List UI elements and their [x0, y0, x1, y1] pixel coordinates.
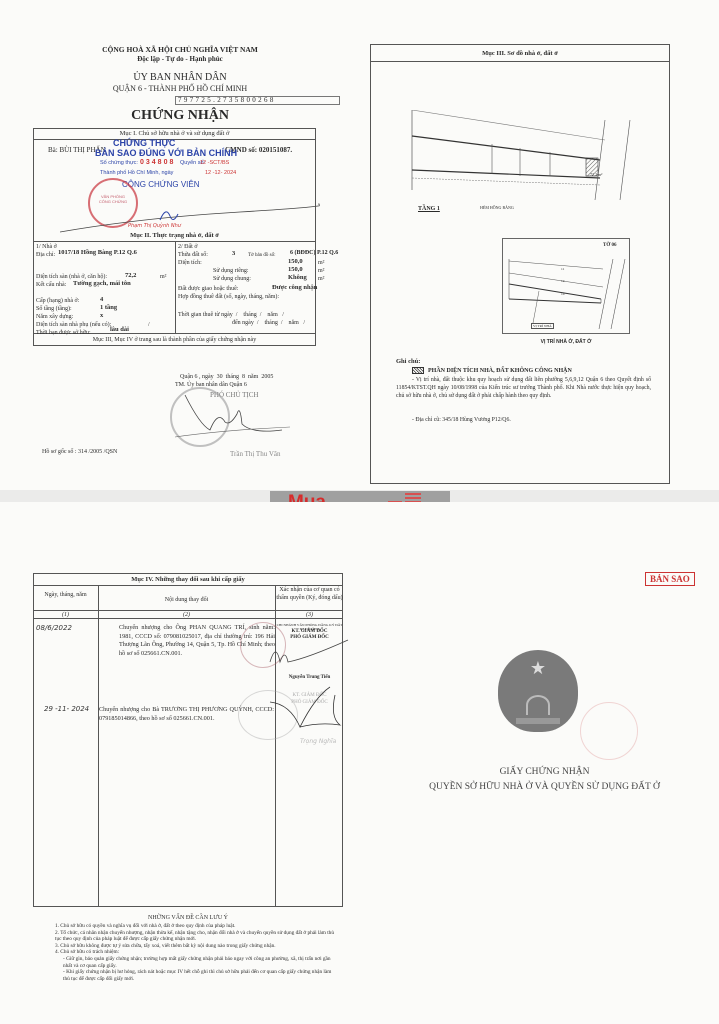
section3-heading: Mục III. Sơ đồ nhà ở, đất ở: [370, 50, 670, 59]
page-diagram: Mục III. Sơ đồ nhà ở, đất ở TẦNG 1 HẺM H…: [360, 0, 719, 490]
col-number: (2): [98, 611, 275, 619]
old-address-note: - Địa chỉ cũ: 345/18 Hùng Vương P12/Q6.: [412, 416, 511, 424]
col-number: (3): [276, 611, 343, 619]
land-label: 2/ Đất ở: [178, 243, 198, 251]
tenure-value: lâu dài: [110, 326, 129, 335]
col-header-content: Nội dung thay đổi: [98, 596, 275, 604]
location-map: TỜ 06 11 12 14 VỊ TRÍ NHÀ: [502, 238, 630, 334]
plot-value: 3: [232, 250, 235, 259]
notice-item: 3. Chủ sở hữu không được tự ý sửa chữa, …: [55, 943, 335, 950]
map-value: 6 (BĐĐC) P.12 Q.6: [290, 249, 338, 258]
motto: Độc lập - Tự do - Hạnh phúc: [0, 55, 360, 63]
section4-heading: Mục IV. Những thay đổi sau khi cấp giấy: [33, 576, 343, 585]
street-label: HẺM HỒNG BÀNG: [480, 205, 514, 210]
stamp-book-no: 12 -SCT/BS: [200, 160, 229, 166]
year-value: x: [100, 312, 103, 321]
lease-from: Thời gian thuê từ ngày / tháng / năm /: [178, 311, 284, 319]
notice-item: 1. Chủ sở hữu có quyền và nghĩa vụ đối v…: [55, 923, 335, 930]
section2-heading: Mục II. Thực trạng nhà ở, đất ở: [33, 232, 316, 241]
signer-name: Nguyễn Trung Tiến: [276, 675, 343, 680]
grade-label: Cấp (hạng) nhà ở:: [36, 297, 79, 305]
map-label: Tờ bản đồ số:: [248, 252, 276, 260]
issue-place-date: Quận 6 , ngày 30 tháng 8 năm 2005: [180, 373, 273, 381]
stamp-place-date: Thành phố Hồ Chí Minh, ngày: [100, 170, 173, 176]
year-label: Năm xây dựng:: [36, 313, 73, 321]
authority: ỦY BAN NHÂN DÂN: [0, 72, 360, 83]
issue-signer: Trần Thị Thu Vân: [230, 450, 281, 459]
structure-value: Tường gạch, mái tôn: [73, 280, 131, 289]
aux-area-label: Diện tích sàn nhà phụ (nếu có):: [36, 321, 111, 329]
col-number: (1): [33, 611, 98, 619]
signature-icon: [265, 682, 345, 742]
notice-item: 2. Tổ chức, cá nhân nhận chuyển nhượng, …: [55, 930, 335, 943]
shared-label: Sử dụng chung:: [213, 275, 251, 283]
serial-number: 7 9 7 7 2 5 . 2 7 3 5 8 0 0 2 6 8: [175, 96, 340, 105]
allocation-value: Được công nhận: [272, 284, 317, 293]
unit: m²: [160, 273, 166, 281]
location-map-title: VỊ TRÍ NHÀ Ở, ĐẤT Ở: [502, 339, 630, 345]
hatch-legend-label: PHẦN DIỆN TÍCH NHÀ, ĐẤT KHÔNG CÔNG NHẬN: [428, 367, 572, 375]
house-label: 1/ Nhà ở: [36, 243, 57, 251]
allocation-label: Đất được giao hoặc thuê:: [178, 285, 238, 293]
lease-to: đến ngày / tháng / năm /: [232, 319, 305, 327]
cover-subtitle: QUYỀN SỞ HỮU NHÀ Ở VÀ QUYỀN SỬ DỤNG ĐẤT …: [370, 782, 719, 792]
copy-stamp: BẢN SAO: [645, 572, 695, 586]
sheet-label: TỜ 06: [603, 243, 616, 248]
floor-label: TẦNG 1: [418, 205, 440, 213]
col-header-confirmation: Xác nhận của cơ quan có thẩm quyền (Ký, …: [276, 586, 343, 602]
district: QUẬN 6 - THÀNH PHỐ HỒ CHÍ MINH: [0, 84, 360, 93]
unit: m²: [318, 267, 324, 275]
notice-item: 4. Chủ sở hữu có trách nhiệm:: [55, 949, 335, 956]
page-cover: BẢN SAO ★ GIẤY CHỨNG NHẬN QUYỀN SỞ HỮU N…: [370, 502, 719, 1024]
notice-subitem: - Giữ gìn, bảo quản giấy chứng nhận; trư…: [55, 956, 335, 969]
stamp-cert-no-label: Số chứng thực:: [100, 160, 138, 166]
aux-area-value: /: [148, 321, 150, 329]
signature-icon: [260, 632, 350, 672]
shared-value: Không: [288, 274, 307, 283]
stamp-line2: BẢN SAO ĐÚNG VỚI BẢN CHÍNH: [95, 148, 237, 158]
notes-heading: Ghi chú:: [396, 358, 420, 367]
stamp-title: CÔNG CHỨNG VIÊN: [122, 180, 200, 189]
change-date: 29 -11- 2024: [44, 705, 89, 713]
national-emblem-icon: ★: [498, 650, 578, 732]
lease-label: Hợp đồng thuê đất (số, ngày, tháng, năm)…: [178, 293, 279, 301]
chairman-signature-icon: [175, 385, 295, 445]
planning-note: - Vị trí nhà, đất thuộc khu quy hoạch sử…: [396, 377, 651, 400]
house-address: 1017/18 Hồng Bàng P.12 Q.6: [58, 249, 137, 258]
page-certificate-front: CỘNG HOÀ XÃ HỘI CHỦ NGHĨA VIỆT NAM Độc l…: [0, 0, 360, 490]
record-number: Hồ sơ gốc số : 314 /2005 /QSN: [42, 448, 117, 456]
stamp-cert-no: 034808: [140, 159, 175, 166]
plot-number: 12: [561, 279, 565, 283]
floor-plan-diagram: [390, 110, 650, 200]
faint-seal-icon: [580, 702, 638, 760]
plot-number: 14: [561, 292, 565, 296]
cover-title: GIẤY CHỨNG NHẬN: [370, 767, 719, 777]
plot-label: Thửa đất số:: [178, 251, 208, 259]
col-header-date: Ngày, tháng, năm: [33, 591, 98, 599]
document-title: CHỨNG NHẬN: [0, 108, 360, 124]
area-label: Diện tích:: [178, 259, 202, 267]
hatch-legend-icon: [412, 367, 424, 374]
page-changes: Mục IV. Những thay đổi sau khi cấp giấy …: [0, 502, 370, 1024]
floors-label: Số tầng (tầng):: [36, 305, 72, 313]
private-label: Sử dụng riêng:: [213, 267, 249, 275]
location-label: VỊ TRÍ NHÀ: [531, 323, 554, 329]
plot-number: 11: [561, 267, 564, 271]
footer-note: Mục III, Mục IV ở trang sau là thành phầ…: [33, 336, 316, 344]
notices-list: 1. Chủ sở hữu có quyền và nghĩa vụ đối v…: [55, 923, 335, 982]
notice-subitem: - Khi giấy chứng nhận bị hư hỏng, rách n…: [55, 969, 335, 982]
country-header: CỘNG HOÀ XÃ HỘI CHỦ NGHĨA VIỆT NAM: [0, 45, 360, 54]
address-label: Địa chỉ:: [36, 251, 55, 259]
stamp-date: 12 -12- 2024: [205, 170, 236, 176]
stamp-line1: CHỨNG THỰC: [113, 138, 175, 148]
area-note: 72,2 m²: [590, 172, 602, 177]
signer-name: Trọng Nghĩa: [300, 738, 336, 745]
change-date: 08/6/2022: [36, 624, 72, 632]
unit: m²: [318, 259, 324, 267]
unit: m²: [318, 275, 324, 283]
notices-heading: NHỮNG VẤN ĐỀ CẦN LƯU Ý: [33, 915, 343, 921]
structure-label: Kết cấu nhà:: [36, 281, 66, 289]
